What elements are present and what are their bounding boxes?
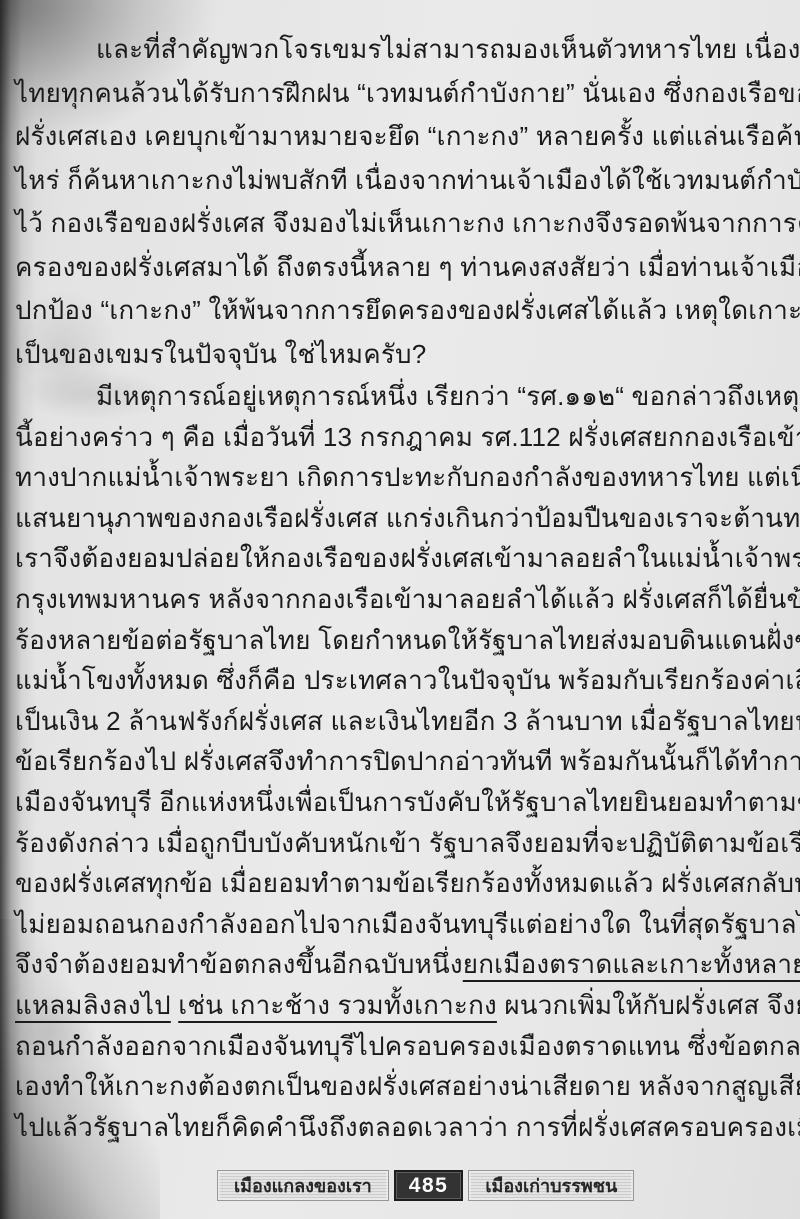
footer-left-title: เมืองแกลงของเรา: [217, 1170, 389, 1201]
text-line: ครองของฝรั่งเศสมาได้ ถึงตรงนี้หลาย ๆ ท่า…: [15, 246, 792, 290]
text-segment: ไปแล้วรัฐบาลไทยก็คิดคำนึงถึงตลอดเวลาว่า …: [15, 1112, 800, 1142]
text-line: เราจึงต้องยอมปล่อยให้กองเรือของฝรั่งเศสเ…: [15, 538, 792, 579]
text-line: เองทำให้เกาะกงต้องตกเป็นของฝรั่งเศสอย่าง…: [15, 1066, 792, 1107]
text-segment: ทางปากแม่น้ำเจ้าพระยา เกิดการปะทะกับกองก…: [15, 462, 800, 492]
text-line: ไม่ยอมถอนกองกำลังออกไปจากเมืองจันทบุรีแต…: [15, 904, 792, 945]
paragraph: และที่สำคัญพวกโจรเขมรไม่สามารถมองเห็นตัว…: [15, 28, 792, 376]
text-segment: ไม่ยอมถอนกองกำลังออกไปจากเมืองจันทบุรีแต…: [15, 909, 800, 939]
text-line: จึงจำต้องยอมทำข้อตกลงขึ้นอีกฉบับหนึ่งยกเ…: [15, 944, 792, 985]
text-line: เป็นเงิน 2 ล้านฟรังก์ฝรั่งเศส และเงินไทย…: [15, 701, 792, 742]
text-segment: เป็นเงิน 2 ล้านฟรังก์ฝรั่งเศส และเงินไทย…: [15, 706, 800, 736]
underlined-text: เช่น เกาะช้าง รวมทั้งเกาะกง: [178, 990, 497, 1020]
paragraph: มีเหตุการณ์อยู่เหตุการณ์หนึ่ง เรียกว่า “…: [15, 376, 792, 1147]
text-segment: แม่น้ำโขงทั้งหมด ซึ่งก็คือ ประเทศลาวในปั…: [15, 665, 800, 695]
text-segment: เมืองจันทบุรี อีกแห่งหนึ่งเพื่อเป็นการบั…: [15, 787, 800, 817]
text-segment: และที่สำคัญพวกโจรเขมรไม่สามารถมองเห็นตัว…: [96, 34, 800, 64]
text-segment: แสนยานุภาพของกองเรือฝรั่งเศส แกร่งเกินกว…: [15, 503, 800, 533]
text-segment: ผนวกเพิ่มให้กับฝรั่งเศส จึงยอม: [497, 990, 800, 1020]
text-line: นี้อย่างคร่าว ๆ คือ เมื่อวันที่ 13 กรกฎา…: [15, 417, 792, 458]
text-block: และที่สำคัญพวกโจรเขมรไม่สามารถมองเห็นตัว…: [15, 28, 792, 1147]
text-segment: ของฝรั่งเศสทุกข้อ เมื่อยอมทำตามข้อเรียกร…: [15, 868, 800, 898]
text-line: ร้องดังกล่าว เมื่อถูกบีบบังคับหนักเข้า ร…: [15, 823, 792, 864]
text-line: ร้องหลายข้อต่อรัฐบาลไทย โดยกำหนดให้รัฐบา…: [15, 620, 792, 661]
text-segment: ปกป้อง “เกาะกง” ให้พ้นจากการยึดครองของฝร…: [15, 295, 800, 325]
text-line: ปกป้อง “เกาะกง” ให้พ้นจากการยึดครองของฝร…: [15, 289, 792, 333]
footer-bar: เมืองแกลงของเรา 485 เมืองเก่าบรรพชน: [217, 1170, 634, 1201]
text-line: ไหร่ ก็ค้นหาเกาะกงไม่พบสักที เนื่องจากท่…: [15, 159, 792, 203]
text-segment: ร้องหลายข้อต่อรัฐบาลไทย โดยกำหนดให้รัฐบา…: [15, 625, 800, 655]
footer-right-title: เมืองเก่าบรรพชน: [468, 1170, 634, 1201]
text-line: ถอนกำลังออกจากเมืองจันทบุรีไปครอบครองเมื…: [15, 1026, 792, 1067]
text-line: ไปแล้วรัฐบาลไทยก็คิดคำนึงถึงตลอดเวลาว่า …: [15, 1107, 792, 1148]
text-line: ข้อเรียกร้องไป ฝรั่งเศสจึงทำการปิดปากอ่า…: [15, 741, 792, 782]
text-segment: กรุงเทพมหานคร หลังจากกองเรือเข้ามาลอยลำไ…: [15, 584, 800, 614]
text-line: ทางปากแม่น้ำเจ้าพระยา เกิดการปะทะกับกองก…: [15, 457, 792, 498]
text-segment: เองทำให้เกาะกงต้องตกเป็นของฝรั่งเศสอย่าง…: [15, 1071, 800, 1101]
text-segment: ครองของฝรั่งเศสมาได้ ถึงตรงนี้หลาย ๆ ท่า…: [15, 252, 800, 282]
text-segment: ไหร่ ก็ค้นหาเกาะกงไม่พบสักที เนื่องจากท่…: [15, 165, 800, 195]
text-segment: ไทยทุกคนล้วนได้รับการฝึกฝน “เวทมนต์กำบัง…: [15, 78, 800, 108]
text-line: เป็นของเขมรในปัจจุบัน ใช่ไหมครับ?: [15, 333, 792, 377]
text-segment: ฝรั่งเศสเอง เคยบุกเข้ามาหมายจะยึด “เกาะก…: [15, 121, 800, 151]
text-segment: เราจึงต้องยอมปล่อยให้กองเรือของฝรั่งเศสเ…: [15, 543, 800, 573]
text-line: ฝรั่งเศสเอง เคยบุกเข้ามาหมายจะยึด “เกาะก…: [15, 115, 792, 159]
text-segment: เป็นของเขมรในปัจจุบัน ใช่ไหมครับ?: [15, 339, 426, 369]
text-segment: ไว้ กองเรือของฝรั่งเศส จึงมองไม่เห็นเกาะ…: [15, 208, 800, 238]
page-number: 485: [394, 1170, 464, 1201]
text-segment: นี้อย่างคร่าว ๆ คือ เมื่อวันที่ 13 กรกฎา…: [15, 422, 800, 452]
text-line: ไว้ กองเรือของฝรั่งเศส จึงมองไม่เห็นเกาะ…: [15, 202, 792, 246]
text-segment: จึงจำต้องยอมทำข้อตกลงขึ้นอีกฉบับหนึ่ง: [15, 949, 463, 979]
scanned-page: และที่สำคัญพวกโจรเขมรไม่สามารถมองเห็นตัว…: [0, 0, 800, 1219]
text-line: และที่สำคัญพวกโจรเขมรไม่สามารถมองเห็นตัว…: [15, 28, 792, 72]
text-segment: มีเหตุการณ์อยู่เหตุการณ์หนึ่ง เรียกว่า “…: [96, 381, 800, 411]
text-line: กรุงเทพมหานคร หลังจากกองเรือเข้ามาลอยลำไ…: [15, 579, 792, 620]
text-segment: ร้องดังกล่าว เมื่อถูกบีบบังคับหนักเข้า ร…: [15, 828, 800, 858]
text-line: แสนยานุภาพของกองเรือฝรั่งเศส แกร่งเกินกว…: [15, 498, 792, 539]
text-line: แม่น้ำโขงทั้งหมด ซึ่งก็คือ ประเทศลาวในปั…: [15, 660, 792, 701]
text-line: เมืองจันทบุรี อีกแห่งหนึ่งเพื่อเป็นการบั…: [15, 782, 792, 823]
text-line: มีเหตุการณ์อยู่เหตุการณ์หนึ่ง เรียกว่า “…: [15, 376, 792, 417]
text-segment: ข้อเรียกร้องไป ฝรั่งเศสจึงทำการปิดปากอ่า…: [15, 746, 800, 776]
text-line: ของฝรั่งเศสทุกข้อ เมื่อยอมทำตามข้อเรียกร…: [15, 863, 792, 904]
underlined-text: แหลมลิงลงไป: [15, 990, 171, 1020]
text-line: ไทยทุกคนล้วนได้รับการฝึกฝน “เวทมนต์กำบัง…: [15, 72, 792, 116]
text-line: แหลมลิงลงไป เช่น เกาะช้าง รวมทั้งเกาะกง …: [15, 985, 792, 1026]
text-segment: ถอนกำลังออกจากเมืองจันทบุรีไปครอบครองเมื…: [15, 1031, 800, 1061]
underlined-text: ยกเมืองตราดและเกาะทั้งหลายที่อยู่ใต้: [463, 949, 800, 979]
